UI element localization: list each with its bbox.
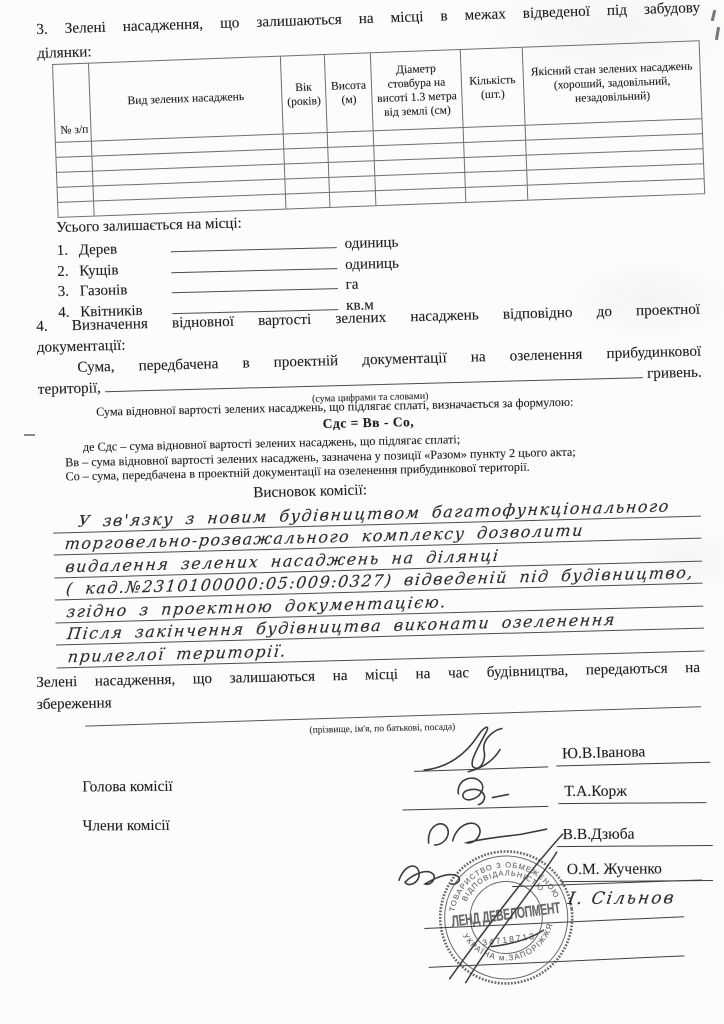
formula-block: Сума відновної вартості зелених насаджен… bbox=[36, 392, 701, 484]
item-number: 1. bbox=[57, 242, 79, 260]
table-empty-cell bbox=[284, 148, 329, 165]
item-label: Дерев bbox=[79, 242, 118, 259]
conclusion-section: Висновок комісії: У зв'язку з новим буді… bbox=[36, 473, 704, 669]
chair-label: Голова комісії bbox=[82, 778, 173, 797]
item-label: Кущів bbox=[79, 262, 119, 279]
table-empty-cell bbox=[285, 178, 330, 195]
table-empty-cell bbox=[286, 193, 330, 209]
col-header-age: Вік (років) bbox=[281, 55, 328, 135]
table-empty-cell bbox=[285, 163, 330, 180]
table-empty-cell bbox=[376, 188, 466, 205]
table-empty-cell bbox=[58, 202, 94, 217]
item-number: 3. bbox=[58, 283, 80, 301]
signature-mark bbox=[431, 826, 588, 993]
table-empty-cell bbox=[284, 133, 329, 150]
margin-artifact bbox=[24, 434, 35, 436]
table-empty-cell bbox=[330, 191, 376, 207]
col-header-condition: Якісний стан зелених насаджень (хороший,… bbox=[523, 41, 702, 125]
item-unit: га bbox=[345, 277, 358, 294]
blank-line bbox=[171, 254, 337, 273]
col-header-species: Вид зелених насаджень bbox=[89, 57, 284, 142]
signature-block: Голова комісії Члени комісії Ю.В.Іванова… bbox=[0, 740, 724, 1024]
blank-line bbox=[171, 274, 337, 293]
table-empty-cell bbox=[58, 187, 95, 203]
members-label: Члени комісії bbox=[83, 817, 170, 836]
member-name: Т.А.Корж bbox=[558, 782, 706, 804]
col-header-height: Висота (м) bbox=[325, 53, 374, 133]
scanned-document-page: 3. Зелені насадження, що залишаються на … bbox=[0, 0, 724, 1024]
handwritten-text: прилеглої території. bbox=[57, 641, 288, 667]
signature-mark bbox=[430, 771, 526, 810]
item-number: 2. bbox=[57, 263, 79, 281]
table-empty-cell bbox=[57, 172, 94, 188]
table-empty-cell bbox=[328, 146, 375, 163]
table-empty-cell bbox=[56, 157, 93, 173]
binding-mark bbox=[711, 10, 717, 21]
blank-line bbox=[170, 233, 336, 252]
col-header-quantity: Кількість (шт.) bbox=[461, 48, 526, 128]
item-label: Газонів bbox=[80, 282, 128, 299]
table-empty-cell bbox=[329, 161, 376, 178]
binding-mark bbox=[715, 27, 720, 40]
sum-line-end: гривень. bbox=[647, 362, 702, 384]
col-header-number: № з/п bbox=[53, 64, 92, 143]
table-empty-cell bbox=[329, 176, 376, 193]
col-header-diameter: Діаметр стовбура на висоті 1.3 метра від… bbox=[371, 50, 464, 131]
chair-name: Ю.В.Іванова bbox=[556, 742, 710, 767]
table-empty-cell bbox=[56, 142, 93, 158]
sum-line-start: території, bbox=[38, 377, 101, 400]
item-unit: одиниць bbox=[344, 235, 398, 253]
table-empty-cell bbox=[466, 186, 528, 202]
plantings-table: № з/п Вид зелених насаджень Вік (років) … bbox=[52, 40, 705, 218]
table-empty-cell bbox=[328, 131, 375, 148]
item-unit: одиниць bbox=[345, 255, 399, 273]
